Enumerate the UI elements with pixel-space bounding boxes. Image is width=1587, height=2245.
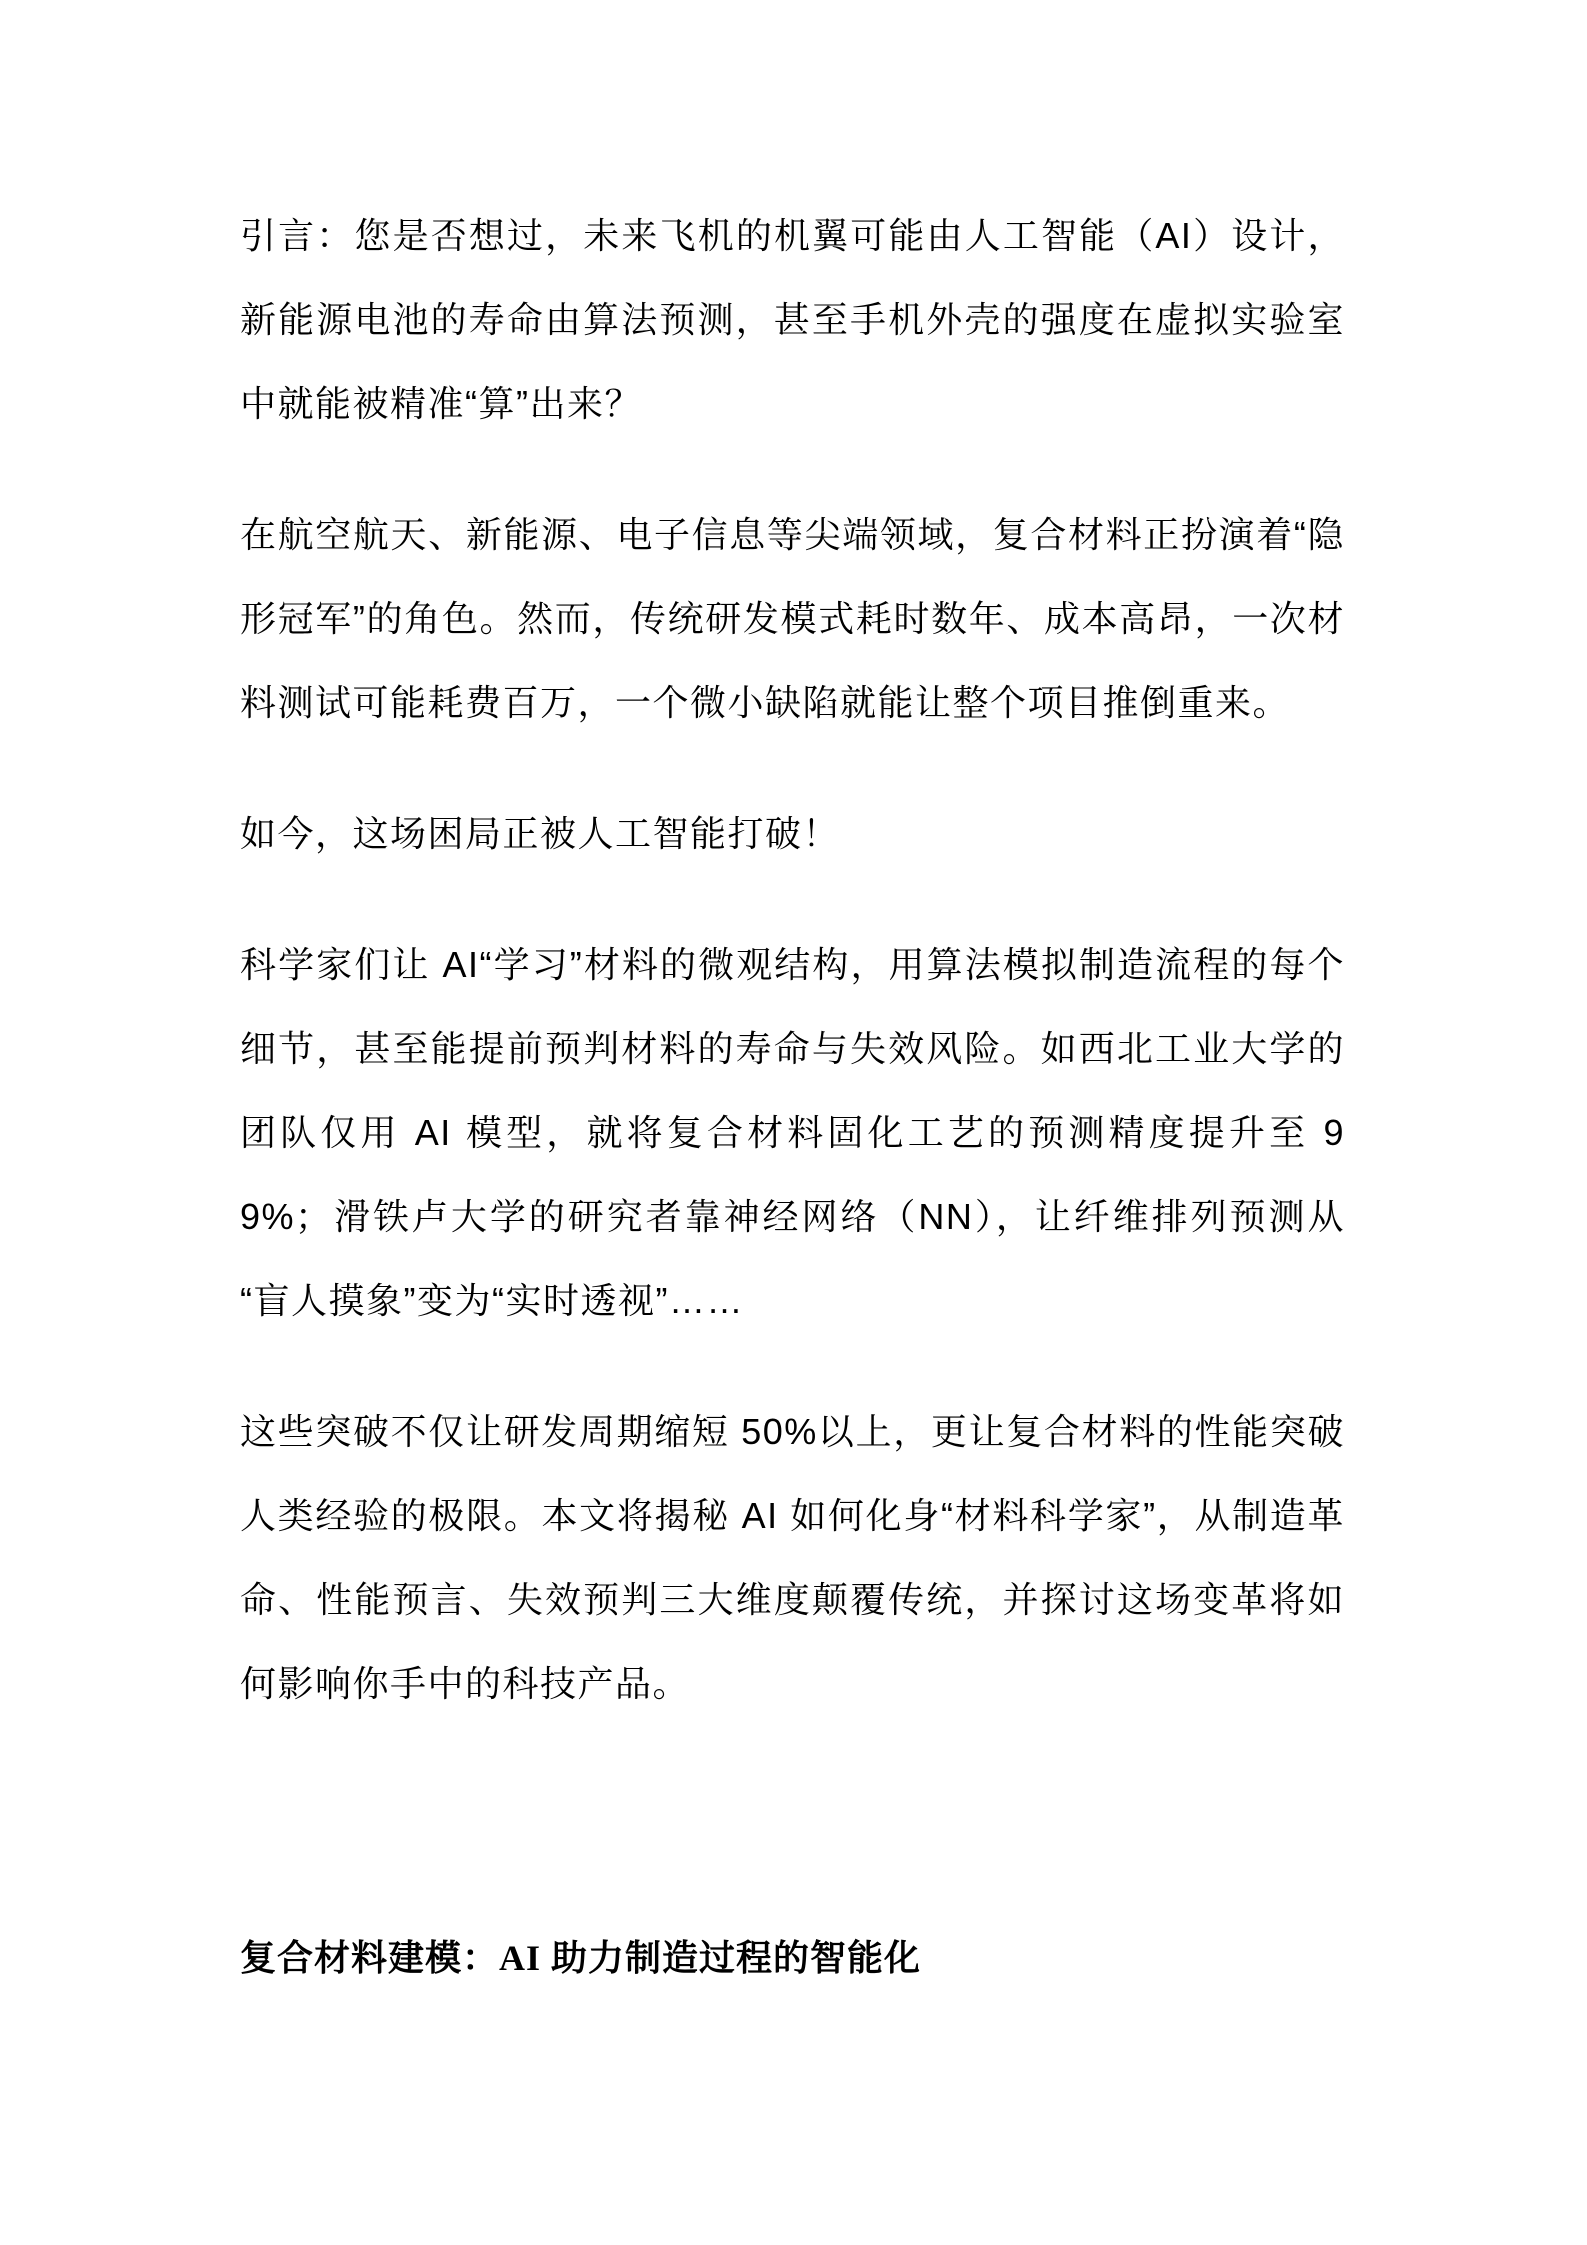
document-page: 引言：您是否想过，未来飞机的机翼可能由人工智能（AI）设计，新能源电池的寿命由算… xyxy=(0,0,1587,2245)
section-heading: 复合材料建模：AI 助力制造过程的智能化 xyxy=(240,1916,1345,2000)
body-paragraph: 在航空航天、新能源、电子信息等尖端领域，复合材料正扮演着“隐形冠军”的角色。然而… xyxy=(240,493,1345,745)
document-content: 引言：您是否想过，未来飞机的机翼可能由人工智能（AI）设计，新能源电池的寿命由算… xyxy=(240,194,1345,2000)
intro-paragraph: 引言：您是否想过，未来飞机的机翼可能由人工智能（AI）设计，新能源电池的寿命由算… xyxy=(240,194,1345,446)
body-paragraph: 科学家们让 AI“学习”材料的微观结构，用算法模拟制造流程的每个细节，甚至能提前… xyxy=(240,923,1345,1343)
body-paragraph: 如今，这场困局正被人工智能打破！ xyxy=(240,792,1345,876)
body-paragraph: 这些突破不仅让研发周期缩短 50%以上，更让复合材料的性能突破人类经验的极限。本… xyxy=(240,1390,1345,1726)
